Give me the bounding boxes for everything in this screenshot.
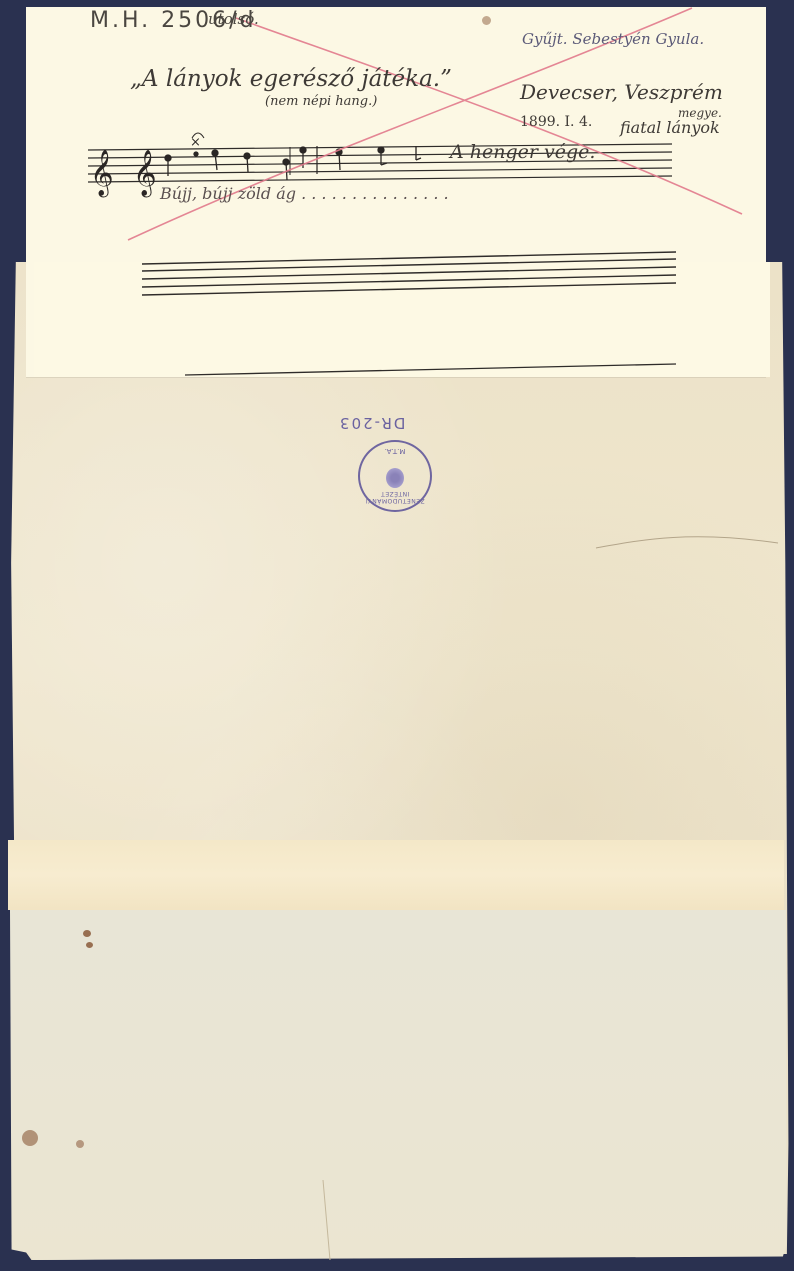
collection-place: Devecser, Veszprém [520, 80, 723, 104]
empty-staff [142, 252, 676, 295]
paper-crease [323, 1180, 330, 1260]
performers: fiatal lányok [620, 118, 720, 137]
title-note: (nem népi hang.) [265, 94, 377, 109]
archive-note: utolsó. [208, 10, 259, 28]
collection-date: 1899. I. 4. [520, 114, 592, 130]
coat-of-arms-icon [386, 468, 404, 488]
stain [83, 930, 91, 937]
institute-stamp: ZENETUDOMÁNYI INTÉZET M.T.A. [358, 440, 432, 512]
stain [76, 1140, 84, 1148]
card-bottom-rule [185, 364, 676, 375]
paper-crease [596, 537, 778, 548]
music-incipit-end: A henger vége. [450, 141, 595, 163]
shelfmark: DR-203 [338, 414, 405, 432]
stain [86, 942, 93, 948]
song-title: „A lányok egerésző játéka.” [130, 66, 452, 92]
lyrics-line: Bújj, bújj zöld ág . . . . . . . . . . .… [160, 184, 449, 203]
svg-text:×: × [190, 135, 201, 150]
stamp-bottom-text: M.T.A. [360, 447, 430, 455]
treble-clef-icon: 𝄞 [133, 150, 157, 198]
stain [22, 1130, 38, 1146]
stain [482, 16, 491, 25]
collector: Gyűjt. Sebestyén Gyula. [522, 30, 704, 48]
stamp-ring-text: ZENETUDOMÁNYI INTÉZET [360, 490, 430, 504]
treble-clef-icon: 𝄞 [90, 150, 114, 198]
